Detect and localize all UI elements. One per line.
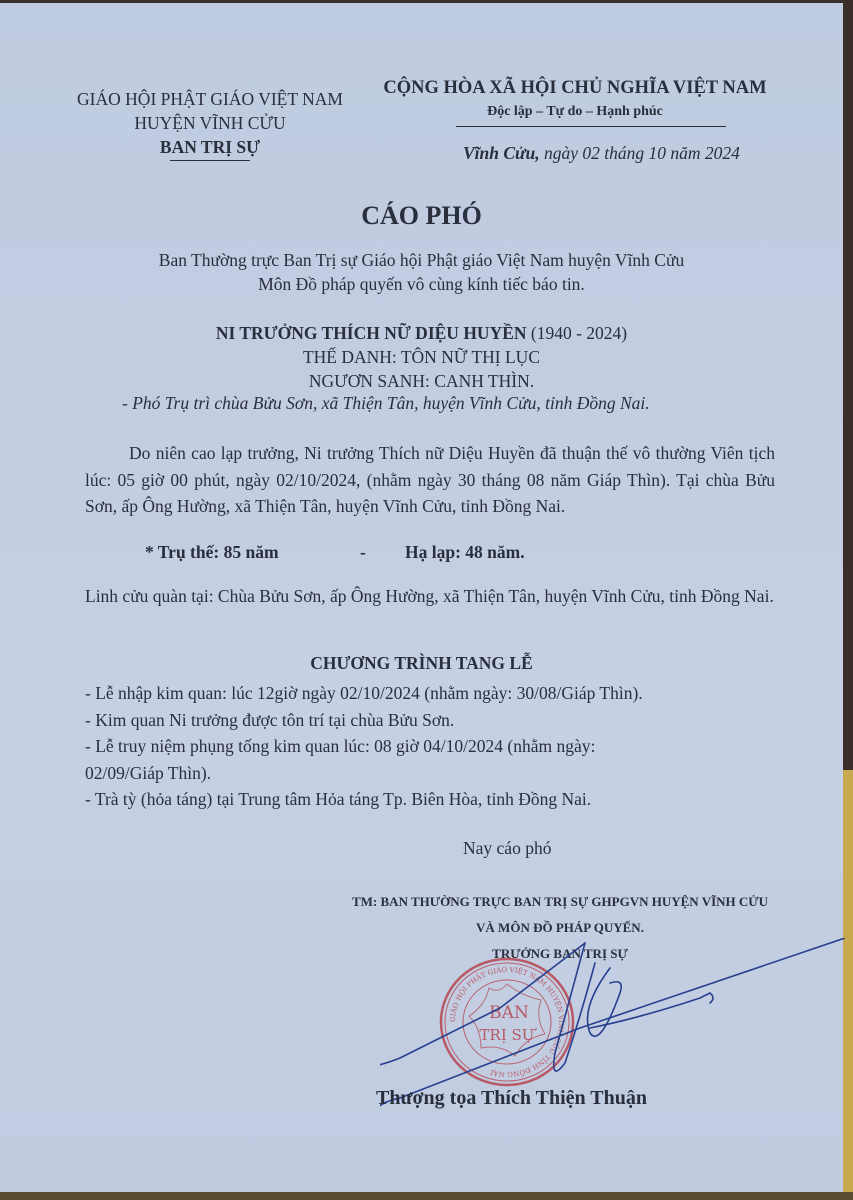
program-item: - Kim quan Ni trưởng được tôn trí tại ch… — [85, 707, 643, 734]
document-title: CÁO PHÓ — [0, 201, 843, 231]
program-item: - Lễ nhập kim quan: lúc 12giờ ngày 02/10… — [85, 680, 643, 707]
program-list: - Lễ nhập kim quan: lúc 12giờ ngày 02/10… — [85, 680, 643, 813]
passing-paragraph: Do niên cao lạp trưởng, Ni trưởng Thích … — [85, 440, 775, 520]
org-underline — [170, 160, 250, 161]
deceased-role: - Phó Trụ trì chùa Bửu Sơn, xã Thiện Tân… — [122, 393, 650, 414]
country-name: CỘNG HÒA XÃ HỘI CHỦ NGHĨA VIỆT NAM — [370, 76, 780, 100]
secular-name: THẾ DANH: TÔN NỮ THỊ LỤC — [0, 345, 843, 369]
on-behalf-line: TM: BAN THƯỜNG TRỰC BAN TRỊ SỰ GHPGVN HU… — [290, 889, 830, 915]
ha-lap: Hạ lạp: 48 năm. — [405, 542, 525, 563]
signer-name: Thượng tọa Thích Thiện Thuận — [376, 1087, 647, 1110]
background-bottom-edge — [0, 1192, 853, 1200]
date-place: Vĩnh Cửu, — [463, 143, 540, 163]
closing-text: Nay cáo phó — [463, 838, 551, 859]
program-item: - Trà tỳ (hỏa táng) tại Trung tâm Hỏa tá… — [85, 786, 643, 813]
program-title: CHƯƠNG TRÌNH TANG LỄ — [0, 653, 843, 674]
document-date: Vĩnh Cửu, ngày 02 tháng 10 năm 2024 — [463, 143, 740, 164]
motto-underline — [456, 126, 726, 127]
org-line-2: HUYỆN VĨNH CỬU — [60, 111, 360, 135]
deceased-name-line: NI TRƯỞNG THÍCH NỮ DIỆU HUYỀN (1940 - 20… — [0, 321, 843, 345]
ages-separator: - — [360, 542, 366, 563]
date-text: ngày 02 tháng 10 năm 2024 — [540, 143, 740, 163]
deceased-block: NI TRƯỞNG THÍCH NỮ DIỆU HUYỀN (1940 - 20… — [0, 321, 843, 393]
org-line-1: GIÁO HỘI PHẬT GIÁO VIỆT NAM — [60, 87, 360, 111]
document-page: GIÁO HỘI PHẬT GIÁO VIỆT NAM HUYỆN VĨNH C… — [0, 3, 843, 1192]
deceased-years: (1940 - 2024) — [527, 323, 628, 343]
intro-line-2: Môn Đồ pháp quyến vô cùng kính tiếc báo … — [0, 272, 843, 296]
birth-year: NGƯƠN SANH: CANH THÌN. — [0, 369, 843, 393]
org-line-3: BAN TRỊ SỰ — [60, 135, 360, 159]
tru-the: * Trụ thế: 85 năm — [145, 542, 279, 563]
coffin-location: Linh cửu quàn tại: Chùa Bửu Sơn, ấp Ông … — [85, 583, 775, 610]
header-left-organization: GIÁO HỘI PHẬT GIÁO VIỆT NAM HUYỆN VĨNH C… — [60, 87, 360, 159]
program-item: - Lễ truy niệm phụng tống kim quan lúc: … — [85, 733, 643, 760]
deceased-name: NI TRƯỞNG THÍCH NỮ DIỆU HUYỀN — [216, 323, 527, 343]
intro-block: Ban Thường trực Ban Trị sự Giáo hội Phật… — [0, 248, 843, 296]
motto: Độc lập – Tự do – Hạnh phúc — [370, 102, 780, 122]
intro-line-1: Ban Thường trực Ban Trị sự Giáo hội Phật… — [0, 248, 843, 272]
program-item: 02/09/Giáp Thìn). — [85, 760, 643, 787]
header-right-national-motto: CỘNG HÒA XÃ HỘI CHỦ NGHĨA VIỆT NAM Độc l… — [370, 76, 780, 122]
background-dark-edge — [843, 0, 853, 770]
